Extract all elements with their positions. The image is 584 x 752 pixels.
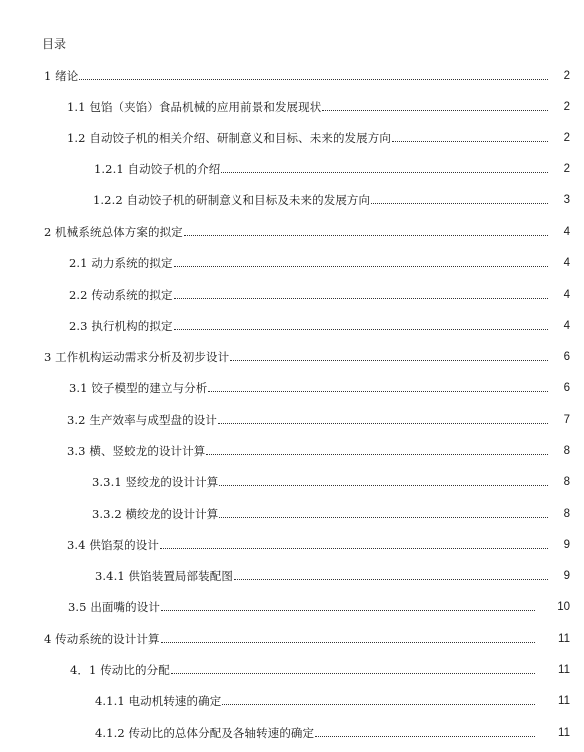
dot-leader (218, 422, 548, 424)
toc-entry-label: 1.2.2 自动饺子机的研制意义和目标及未来的发展方向 (93, 193, 370, 207)
toc-entry[interactable]: 4．1 传动比的分配 (70, 661, 535, 677)
toc-entry-page-number: 4 (546, 288, 570, 302)
dot-leader (206, 453, 548, 455)
toc-entry[interactable]: 3.5 出面嘴的设计 (68, 598, 535, 614)
dot-leader (174, 328, 548, 330)
dot-leader (79, 78, 548, 80)
toc-entry-page-number: 11 (546, 694, 570, 708)
toc-entry-label: 2.2 传动系统的拟定 (69, 288, 173, 302)
toc-entry-page-number: 7 (546, 413, 570, 427)
dot-leader (219, 516, 548, 518)
toc-entry-label: 3.2 生产效率与成型盘的设计 (67, 413, 217, 427)
dot-leader (234, 578, 548, 580)
toc-entry-page-number: 11 (546, 632, 570, 646)
toc-entry-label: 1.2 自动饺子机的相关介绍、研制意义和目标、未来的发展方向 (67, 131, 391, 145)
toc-entry-label: 3.1 饺子模型的建立与分析 (69, 381, 207, 395)
dot-leader (230, 359, 548, 361)
dot-leader (371, 202, 548, 204)
toc-entry-page-number: 6 (546, 381, 570, 395)
toc-entry-page-number: 8 (546, 444, 570, 458)
toc-entry-label: 1.1 包馅（夹馅）食品机械的应用前景和发展现状 (67, 100, 321, 114)
toc-entry-label: 3.4.1 供馅装置局部装配图 (95, 569, 233, 583)
dot-leader (222, 703, 535, 705)
toc-entry-page-number: 2 (546, 131, 570, 145)
toc-entry-label: 2.3 执行机构的拟定 (69, 319, 173, 333)
toc-entry-page-number: 4 (546, 256, 570, 270)
toc-entry-page-number: 9 (546, 569, 570, 583)
toc-entry-label: 4.1.2 传动比的总体分配及各轴转速的确定 (95, 726, 314, 740)
toc-entry-page-number: 9 (546, 538, 570, 552)
toc-entry-label: 3.3.2 横绞龙的设计计算 (92, 507, 218, 521)
toc-entry-page-number: 2 (546, 162, 570, 176)
toc-entry-label: 3.4 供馅泵的设计 (67, 538, 159, 552)
toc-entry[interactable]: 2.3 执行机构的拟定 (69, 317, 548, 333)
toc-entry-label: 3.5 出面嘴的设计 (68, 600, 160, 614)
dot-leader (322, 109, 548, 111)
dot-leader (160, 547, 548, 549)
toc-entry-label: 4 传动系统的设计计算 (44, 632, 160, 646)
toc-entry-label: 3 工作机构运动需求分析及初步设计 (44, 350, 229, 364)
dot-leader (161, 641, 535, 643)
dot-leader (161, 609, 535, 611)
toc-entry[interactable]: 4 传动系统的设计计算 (44, 630, 535, 646)
toc-entry-label: 3.3 横、竖蛟龙的设计计算 (67, 444, 205, 458)
toc-entry-label: 4．1 传动比的分配 (70, 663, 170, 677)
toc-entry-page-number: 2 (546, 69, 570, 83)
dot-leader (184, 234, 548, 236)
toc-entry[interactable]: 2.2 传动系统的拟定 (69, 286, 548, 302)
toc-entry[interactable]: 3.3.2 横绞龙的设计计算 (92, 505, 548, 521)
toc-entry-label: 1 绪论 (44, 69, 78, 83)
toc-entry[interactable]: 1.2.2 自动饺子机的研制意义和目标及未来的发展方向 (93, 191, 548, 207)
toc-entry[interactable]: 2 机械系统总体方案的拟定 (44, 223, 548, 239)
toc-entry-page-number: 10 (546, 600, 570, 614)
toc-entry[interactable]: 1.1 包馅（夹馅）食品机械的应用前景和发展现状 (67, 98, 548, 114)
dot-leader (174, 297, 548, 299)
toc-entry[interactable]: 3.1 饺子模型的建立与分析 (69, 379, 548, 395)
toc-entry[interactable]: 4.1.1 电动机转速的确定 (95, 692, 535, 708)
toc-entry-page-number: 3 (546, 193, 570, 207)
toc-entry-page-number: 8 (546, 507, 570, 521)
toc-entry[interactable]: 3.3.1 竖绞龙的设计计算 (92, 473, 548, 489)
toc-entry-page-number: 2 (546, 100, 570, 114)
toc-entry-label: 1.2.1 自动饺子机的介绍 (94, 162, 220, 176)
dot-leader (208, 390, 548, 392)
toc-entry-page-number: 4 (546, 319, 570, 333)
toc-entry[interactable]: 3 工作机构运动需求分析及初步设计 (44, 348, 548, 364)
toc-entry[interactable]: 1.2 自动饺子机的相关介绍、研制意义和目标、未来的发展方向 (67, 129, 548, 145)
toc-entry-label: 2 机械系统总体方案的拟定 (44, 225, 183, 239)
toc-entry[interactable]: 3.4.1 供馅装置局部装配图 (95, 567, 548, 583)
toc-entry[interactable]: 3.4 供馅泵的设计 (67, 536, 548, 552)
toc-entry-label: 2.1 动力系统的拟定 (69, 256, 173, 270)
toc-entry[interactable]: 1 绪论 (44, 67, 548, 83)
toc-entry-page-number: 11 (546, 726, 570, 740)
toc-entry-label: 3.3.1 竖绞龙的设计计算 (92, 475, 218, 489)
toc-entry-label: 4.1.1 电动机转速的确定 (95, 694, 221, 708)
toc-entry-page-number: 11 (546, 663, 570, 677)
toc-entry[interactable]: 3.3 横、竖蛟龙的设计计算 (67, 442, 548, 458)
toc-entry[interactable]: 2.1 动力系统的拟定 (69, 254, 548, 270)
toc-title: 目录 (42, 36, 66, 52)
toc-entry-page-number: 6 (546, 350, 570, 364)
dot-leader (174, 265, 548, 267)
toc-entry[interactable]: 4.1.2 传动比的总体分配及各轴转速的确定 (95, 724, 535, 740)
toc-entry[interactable]: 1.2.1 自动饺子机的介绍 (94, 160, 548, 176)
dot-leader (171, 672, 535, 674)
dot-leader (315, 735, 535, 737)
toc-entry[interactable]: 3.2 生产效率与成型盘的设计 (67, 411, 548, 427)
toc-entry-page-number: 4 (546, 225, 570, 239)
dot-leader (221, 171, 548, 173)
toc-entry-page-number: 8 (546, 475, 570, 489)
dot-leader (392, 140, 548, 142)
dot-leader (219, 484, 548, 486)
